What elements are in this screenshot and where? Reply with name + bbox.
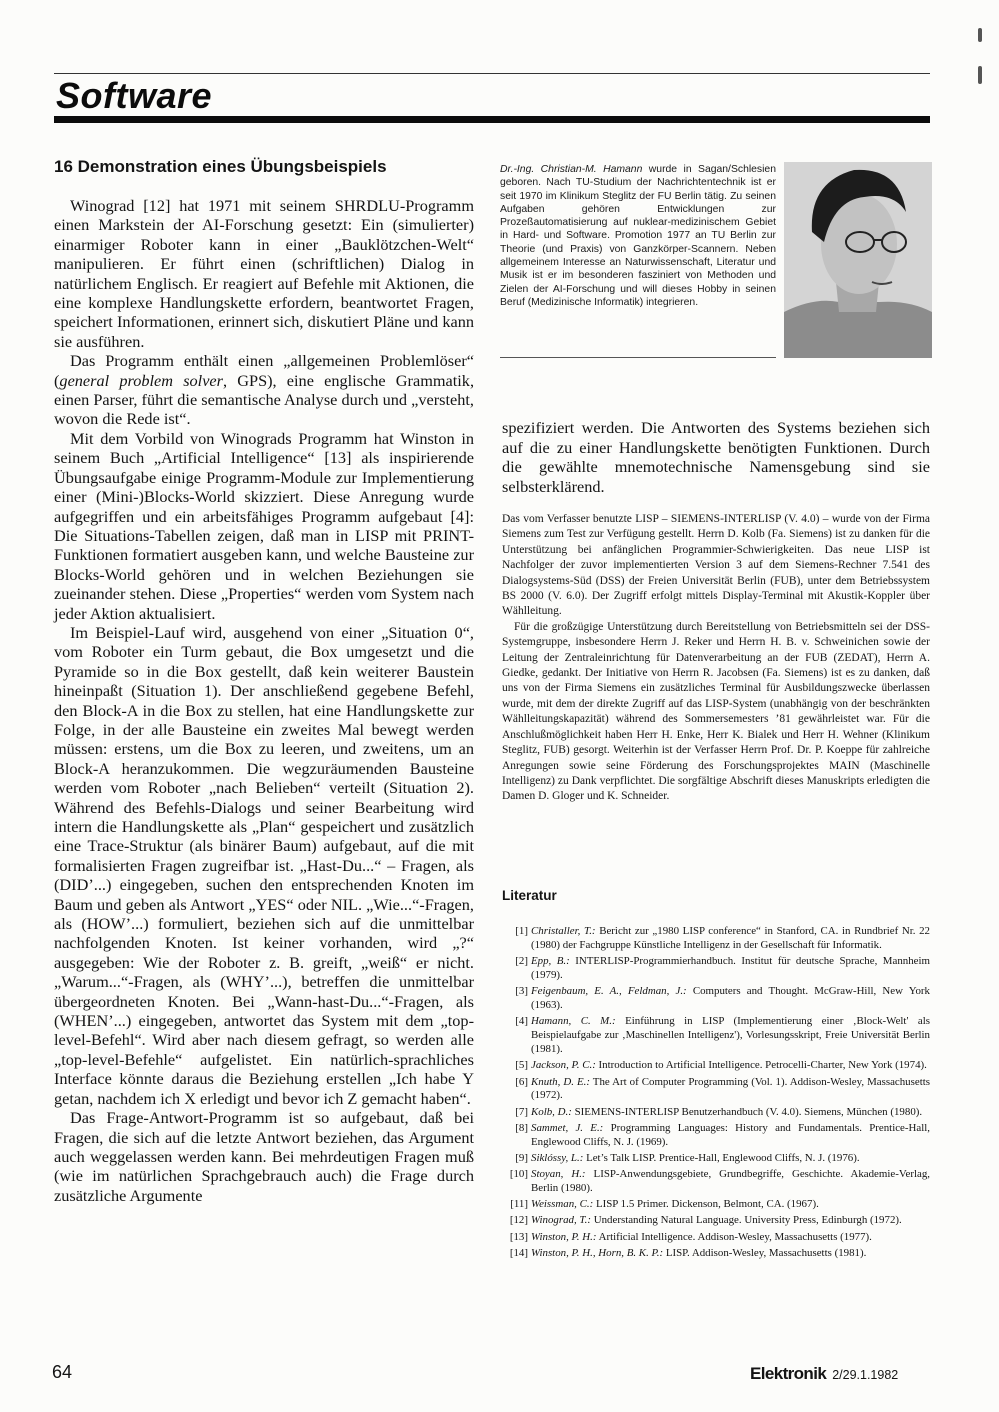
reference-item: [7]Kolb, D.: SIEMENS-INTERLISP Benutzerh… [506, 1106, 930, 1120]
reference-number: [12] [506, 1214, 531, 1228]
section-title: Software [56, 74, 212, 118]
reference-author: Winston, P. H.: [531, 1231, 596, 1243]
paragraph: Im Beispiel-Lauf wird, ausgehend von ein… [54, 623, 474, 1108]
italic-term: general problem solver [59, 371, 223, 390]
reference-item: [13]Winston, P. H.: Artificial Intellige… [506, 1231, 930, 1245]
reference-item: [11]Weissman, C.: LISP 1.5 Primer. Dicke… [506, 1198, 930, 1212]
reference-number: [9] [506, 1152, 531, 1166]
paragraph: Winograd [12] hat 1971 mit seinem SHRDLU… [54, 196, 474, 351]
reference-text: Jackson, P. C.: Introduction to Artifici… [531, 1059, 930, 1073]
article-heading: 16 Demonstration eines Übungsbeispiels [54, 156, 474, 178]
bio-divider [500, 357, 776, 358]
reference-text: Winston, P. H., Horn, B. K. P.: LISP. Ad… [531, 1247, 930, 1261]
reference-item: [6]Knuth, D. E.: The Art of Computer Pro… [506, 1076, 930, 1104]
reference-author: Siklóssy, L.: [531, 1152, 583, 1164]
paragraph: Das Frage-Antwort-Programm ist so aufgeb… [54, 1108, 474, 1205]
reference-item: [2]Epp, B.: INTERLISP-Programmierhandbuc… [506, 955, 930, 983]
issue-date: 2/29.1.1982 [832, 1368, 898, 1382]
reference-number: [3] [506, 985, 531, 1013]
reference-text: Weissman, C.: LISP 1.5 Primer. Dickenson… [531, 1198, 930, 1212]
reference-author: Hamann, C. M.: [531, 1015, 616, 1027]
reference-item: [9]Siklóssy, L.: Let’s Talk LISP. Prenti… [506, 1152, 930, 1166]
reference-author: Christaller, T.: [531, 925, 596, 937]
reference-text: Hamann, C. M.: Einführung in LISP (Imple… [531, 1015, 930, 1057]
reference-number: [2] [506, 955, 531, 983]
paragraph: Das Programm enthält einen „allgemeinen … [54, 351, 474, 429]
page-number: 64 [52, 1362, 72, 1383]
article-continuation: spezifiziert werden. Die Antworten des S… [502, 418, 930, 496]
paragraph: Mit dem Vorbild von Winograds Programm h… [54, 429, 474, 623]
staple-mark [978, 28, 982, 42]
reference-number: [8] [506, 1122, 531, 1150]
reference-text: Sammet, J. E.: Programming Languages: Hi… [531, 1122, 930, 1150]
reference-number: [1] [506, 925, 531, 953]
ack-paragraph: Das vom Verfasser benutzte LISP – SIEMEN… [502, 512, 930, 620]
magazine-logo: Elektronik [750, 1364, 826, 1384]
reference-item: [4]Hamann, C. M.: Einführung in LISP (Im… [506, 1015, 930, 1057]
author-bio-text: wurde in Sagan/Schlesien geboren. Nach T… [500, 164, 776, 308]
ack-paragraph: Für die großzügige Unterstützung durch B… [502, 620, 930, 805]
reference-item: [14]Winston, P. H., Horn, B. K. P.: LISP… [506, 1247, 930, 1261]
reference-author: Feigenbaum, E. A., Feldman, J.: [531, 985, 687, 997]
author-bio: Dr.-Ing. Christian-M. Hamann wurde in Sa… [500, 163, 776, 353]
literature-heading: Literatur [502, 888, 557, 903]
reference-author: Knuth, D. E.: [531, 1076, 590, 1088]
reference-number: [10] [506, 1168, 531, 1196]
author-portrait [784, 162, 932, 358]
reference-text: Stoyan, H.: LISP-Anwendungsgebiete, Grun… [531, 1168, 930, 1196]
reference-author: Kolb, D.: [531, 1106, 572, 1118]
reference-text: Winograd, T.: Understanding Natural Lang… [531, 1214, 930, 1228]
reference-text: Feigenbaum, E. A., Feldman, J.: Computer… [531, 985, 930, 1013]
reference-number: [5] [506, 1059, 531, 1073]
staple-mark [978, 66, 982, 84]
paragraph: spezifiziert werden. Die Antworten des S… [502, 418, 930, 496]
reference-author: Epp, B.: [531, 955, 570, 967]
section-divider [54, 116, 930, 123]
reference-text: Siklóssy, L.: Let’s Talk LISP. Prentice-… [531, 1152, 930, 1166]
reference-number: [4] [506, 1015, 531, 1057]
reference-number: [7] [506, 1106, 531, 1120]
reference-author: Winston, P. H., Horn, B. K. P.: [531, 1247, 663, 1259]
reference-number: [6] [506, 1076, 531, 1104]
reference-author: Sammet, J. E.: [531, 1122, 603, 1134]
magazine-footer: Elektronik 2/29.1.1982 [750, 1364, 898, 1384]
reference-item: [8]Sammet, J. E.: Programming Languages:… [506, 1122, 930, 1150]
article-body: Winograd [12] hat 1971 mit seinem SHRDLU… [54, 196, 474, 1205]
portrait-icon [784, 162, 932, 358]
reference-item: [10]Stoyan, H.: LISP-Anwendungsgebiete, … [506, 1168, 930, 1196]
reference-text: Knuth, D. E.: The Art of Computer Progra… [531, 1076, 930, 1104]
reference-text: Christaller, T.: Bericht zur „1980 LISP … [531, 925, 930, 953]
reference-author: Stoyan, H.: [531, 1168, 586, 1180]
reference-author: Jackson, P. C.: [531, 1059, 596, 1071]
reference-item: [1]Christaller, T.: Bericht zur „1980 LI… [506, 925, 930, 953]
reference-number: [11] [506, 1198, 531, 1212]
reference-item: [3]Feigenbaum, E. A., Feldman, J.: Compu… [506, 985, 930, 1013]
reference-author: Weissman, C.: [531, 1198, 593, 1210]
reference-author: Winograd, T.: [531, 1214, 591, 1226]
reference-text: Winston, P. H.: Artificial Intelligence.… [531, 1231, 930, 1245]
reference-number: [14] [506, 1247, 531, 1261]
reference-item: [12]Winograd, T.: Understanding Natural … [506, 1214, 930, 1228]
reference-number: [13] [506, 1231, 531, 1245]
reference-item: [5]Jackson, P. C.: Introduction to Artif… [506, 1059, 930, 1073]
reference-text: Epp, B.: INTERLISP-Programmierhandbuch. … [531, 955, 930, 983]
reference-text: Kolb, D.: SIEMENS-INTERLISP Benutzerhand… [531, 1106, 930, 1120]
author-name: Dr.-Ing. Christian-M. Hamann [500, 164, 642, 175]
reference-list: [1]Christaller, T.: Bericht zur „1980 LI… [506, 925, 930, 1263]
acknowledgements: Das vom Verfasser benutzte LISP – SIEMEN… [502, 512, 930, 805]
article-left-column: 16 Demonstration eines Übungsbeispiels W… [54, 156, 474, 1205]
